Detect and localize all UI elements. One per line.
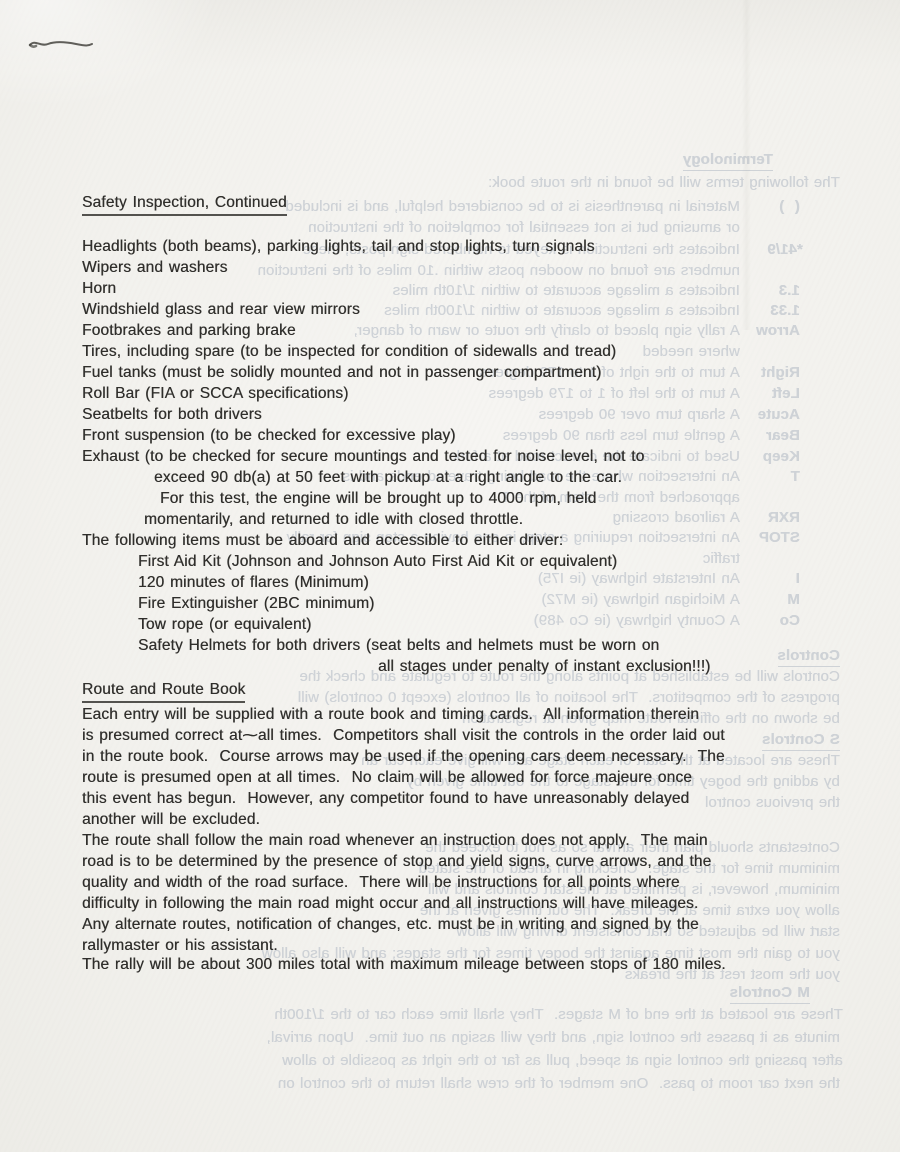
text-line: Windshield glass and rear view mirrors [82, 299, 710, 320]
text-line: all stages under penalty of instant excl… [82, 656, 710, 677]
text-line: Roll Bar (FIA or SCCA specifications) [82, 383, 710, 404]
text-line: Exhaust (to be checked for secure mounti… [82, 446, 710, 467]
text-line: For this test, the engine will be brough… [82, 488, 710, 509]
section-heading-route-book: Route and Route Book [82, 681, 245, 703]
text-line: is presumed correct at⁓all times. Compet… [82, 725, 725, 746]
text-line: rallymaster or his assistant. [82, 935, 711, 956]
text-line: Any alternate routes, notification of ch… [82, 914, 711, 935]
text-line: this event has begun. However, any compe… [82, 788, 725, 809]
text-line: Each entry will be supplied with a route… [82, 704, 725, 725]
route-paragraph-1: Each entry will be supplied with a route… [82, 704, 725, 830]
text-line: Fire Extinguisher (2BC minimum) [82, 593, 710, 614]
text-line: Safety Helmets for both drivers (seat be… [82, 635, 710, 656]
text-line: Horn [82, 278, 710, 299]
text-line: Front suspension (to be checked for exce… [82, 425, 710, 446]
safety-inspection-list: Headlights (both beams), parking lights,… [82, 236, 710, 677]
text-line: The following items must be aboard and a… [82, 530, 710, 551]
text-line: Tow rope (or equivalent) [82, 614, 710, 635]
route-final-line: The rally will be about 300 miles total … [82, 956, 726, 974]
text-line: Wipers and washers [82, 257, 710, 278]
text-line: exceed 90 db(a) at 50 feet with pickup a… [82, 467, 710, 488]
text-line: quality and width of the road surface. T… [82, 872, 711, 893]
scanned-page: TerminologyThe following terms will be f… [0, 0, 900, 1152]
text-line: Footbrakes and parking brake [82, 320, 710, 341]
text-line: road is to be determined by the presence… [82, 851, 711, 872]
text-line: Seatbelts for both drivers [82, 404, 710, 425]
text-line: Headlights (both beams), parking lights,… [82, 236, 710, 257]
text-line: First Aid Kit (Johnson and Johnson Auto … [82, 551, 710, 572]
text-line: The route shall follow the main road whe… [82, 830, 711, 851]
route-paragraph-2: The route shall follow the main road whe… [82, 830, 711, 956]
text-line: 120 minutes of flares (Minimum) [82, 572, 710, 593]
document-content: Safety Inspection, Continued Headlights … [0, 0, 900, 1152]
section-heading-safety-inspection: Safety Inspection, Continued [82, 194, 287, 216]
text-line: Tires, including spare (to be inspected … [82, 341, 710, 362]
text-line: Fuel tanks (must be solidly mounted and … [82, 362, 710, 383]
text-line: difficulty in following the main road mi… [82, 893, 711, 914]
text-line: in the route book. Course arrows may be … [82, 746, 725, 767]
text-line: route is presumed open at all times. No … [82, 767, 725, 788]
text-line: another will be excluded. [82, 809, 725, 830]
text-line: momentarily, and returned to idle with c… [82, 509, 710, 530]
